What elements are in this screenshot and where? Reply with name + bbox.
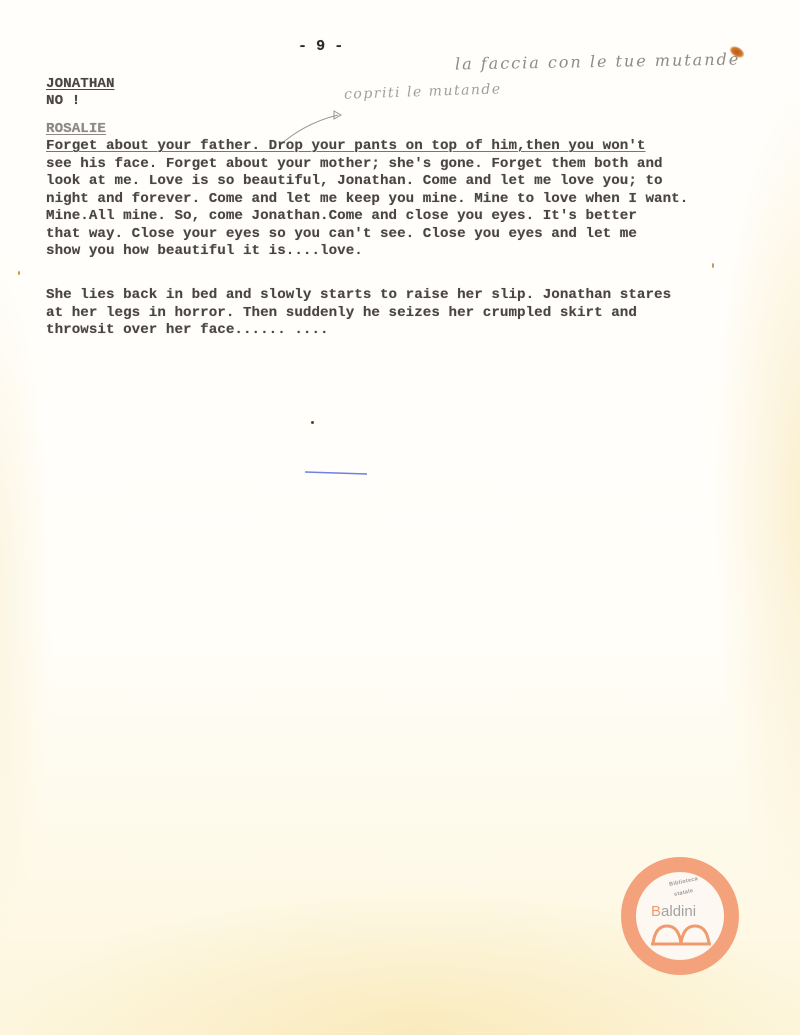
stamp-name: Baldini	[651, 903, 696, 920]
speaker-name: ROSALIE	[46, 121, 106, 138]
dialogue-line: night and forever. Come and let me keep …	[46, 191, 688, 208]
handwritten-note-top: la faccia con le tue mutande	[455, 50, 741, 74]
ink-dot	[311, 421, 314, 424]
dialogue-line: NO !	[46, 93, 80, 110]
library-stamp: Biblioteca statale Baldini	[621, 857, 739, 975]
open-book-icon	[649, 924, 713, 946]
scanned-page: - 9 - la faccia con le tue mutande copri…	[0, 0, 800, 1035]
stage-direction-line: at her legs in horror. Then suddenly he …	[46, 305, 637, 322]
dialogue-line: show you how beautiful it is....love.	[46, 243, 363, 260]
stage-direction-line: She lies back in bed and slowly starts t…	[46, 287, 671, 304]
dialogue-line: look at me. Love is so beautiful, Jonath…	[46, 173, 663, 190]
page-number: - 9 -	[298, 38, 343, 55]
dialogue-line: that way. Close your eyes so you can't s…	[46, 226, 637, 243]
stamp-initial: B	[651, 903, 661, 920]
handwritten-note-middle: copriti le mutande	[344, 81, 502, 102]
stamp-name-rest: aldini	[661, 903, 696, 920]
ink-dot	[18, 271, 20, 275]
dialogue-line: Mine.All mine. So, come Jonathan.Come an…	[46, 208, 637, 225]
speaker-name: JONATHAN	[46, 76, 115, 93]
stage-direction-line: throwsit over her face...... ....	[46, 322, 329, 339]
ink-dot	[712, 263, 714, 268]
dialogue-line: see his face. Forget about your mother; …	[46, 156, 663, 173]
dialogue-line: Forget about your father. Drop your pant…	[46, 138, 645, 155]
pen-mark	[305, 471, 367, 475]
